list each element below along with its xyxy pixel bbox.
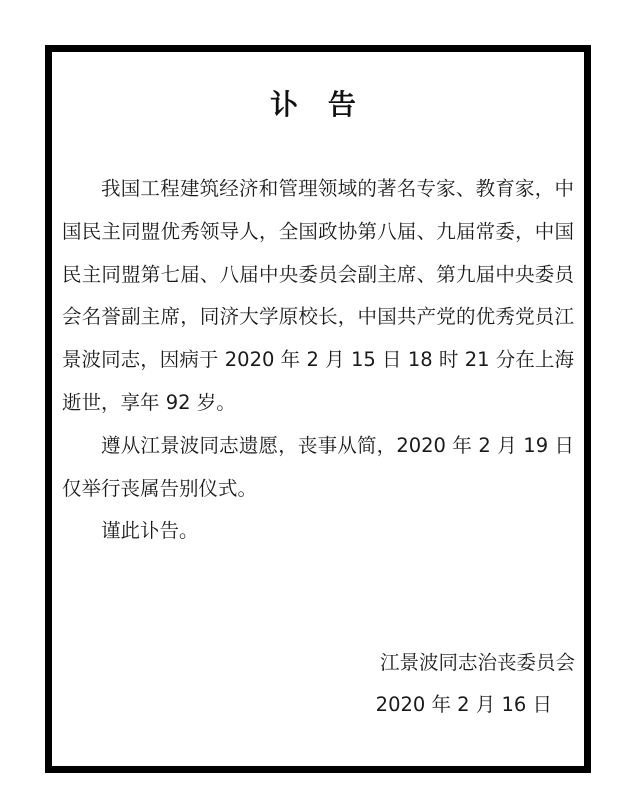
signature-block: 江景波同志治丧委员会 2020 年 2 月 16 日 <box>376 642 575 726</box>
signature-organization: 江景波同志治丧委员会 <box>376 642 575 684</box>
paragraph-announcement: 我国工程建筑经济和管理领域的著名专家、教育家，中国民主同盟优秀领导人，全国政协第… <box>62 168 574 425</box>
paragraph-closing: 谨此讣告。 <box>62 510 574 553</box>
signature-date: 2020 年 2 月 16 日 <box>376 684 575 726</box>
notice-body: 我国工程建筑经济和管理领域的著名专家、教育家，中国民主同盟优秀领导人，全国政协第… <box>62 168 574 553</box>
paragraph-funeral-arrangement: 遵从江景波同志遗愿，丧事从简，2020 年 2 月 19 日仅举行丧属告别仪式。 <box>62 425 574 511</box>
obituary-notice-frame: 讣 告 我国工程建筑经济和管理领域的著名专家、教育家，中国民主同盟优秀领导人，全… <box>45 45 591 773</box>
notice-title: 讣 告 <box>52 88 584 122</box>
